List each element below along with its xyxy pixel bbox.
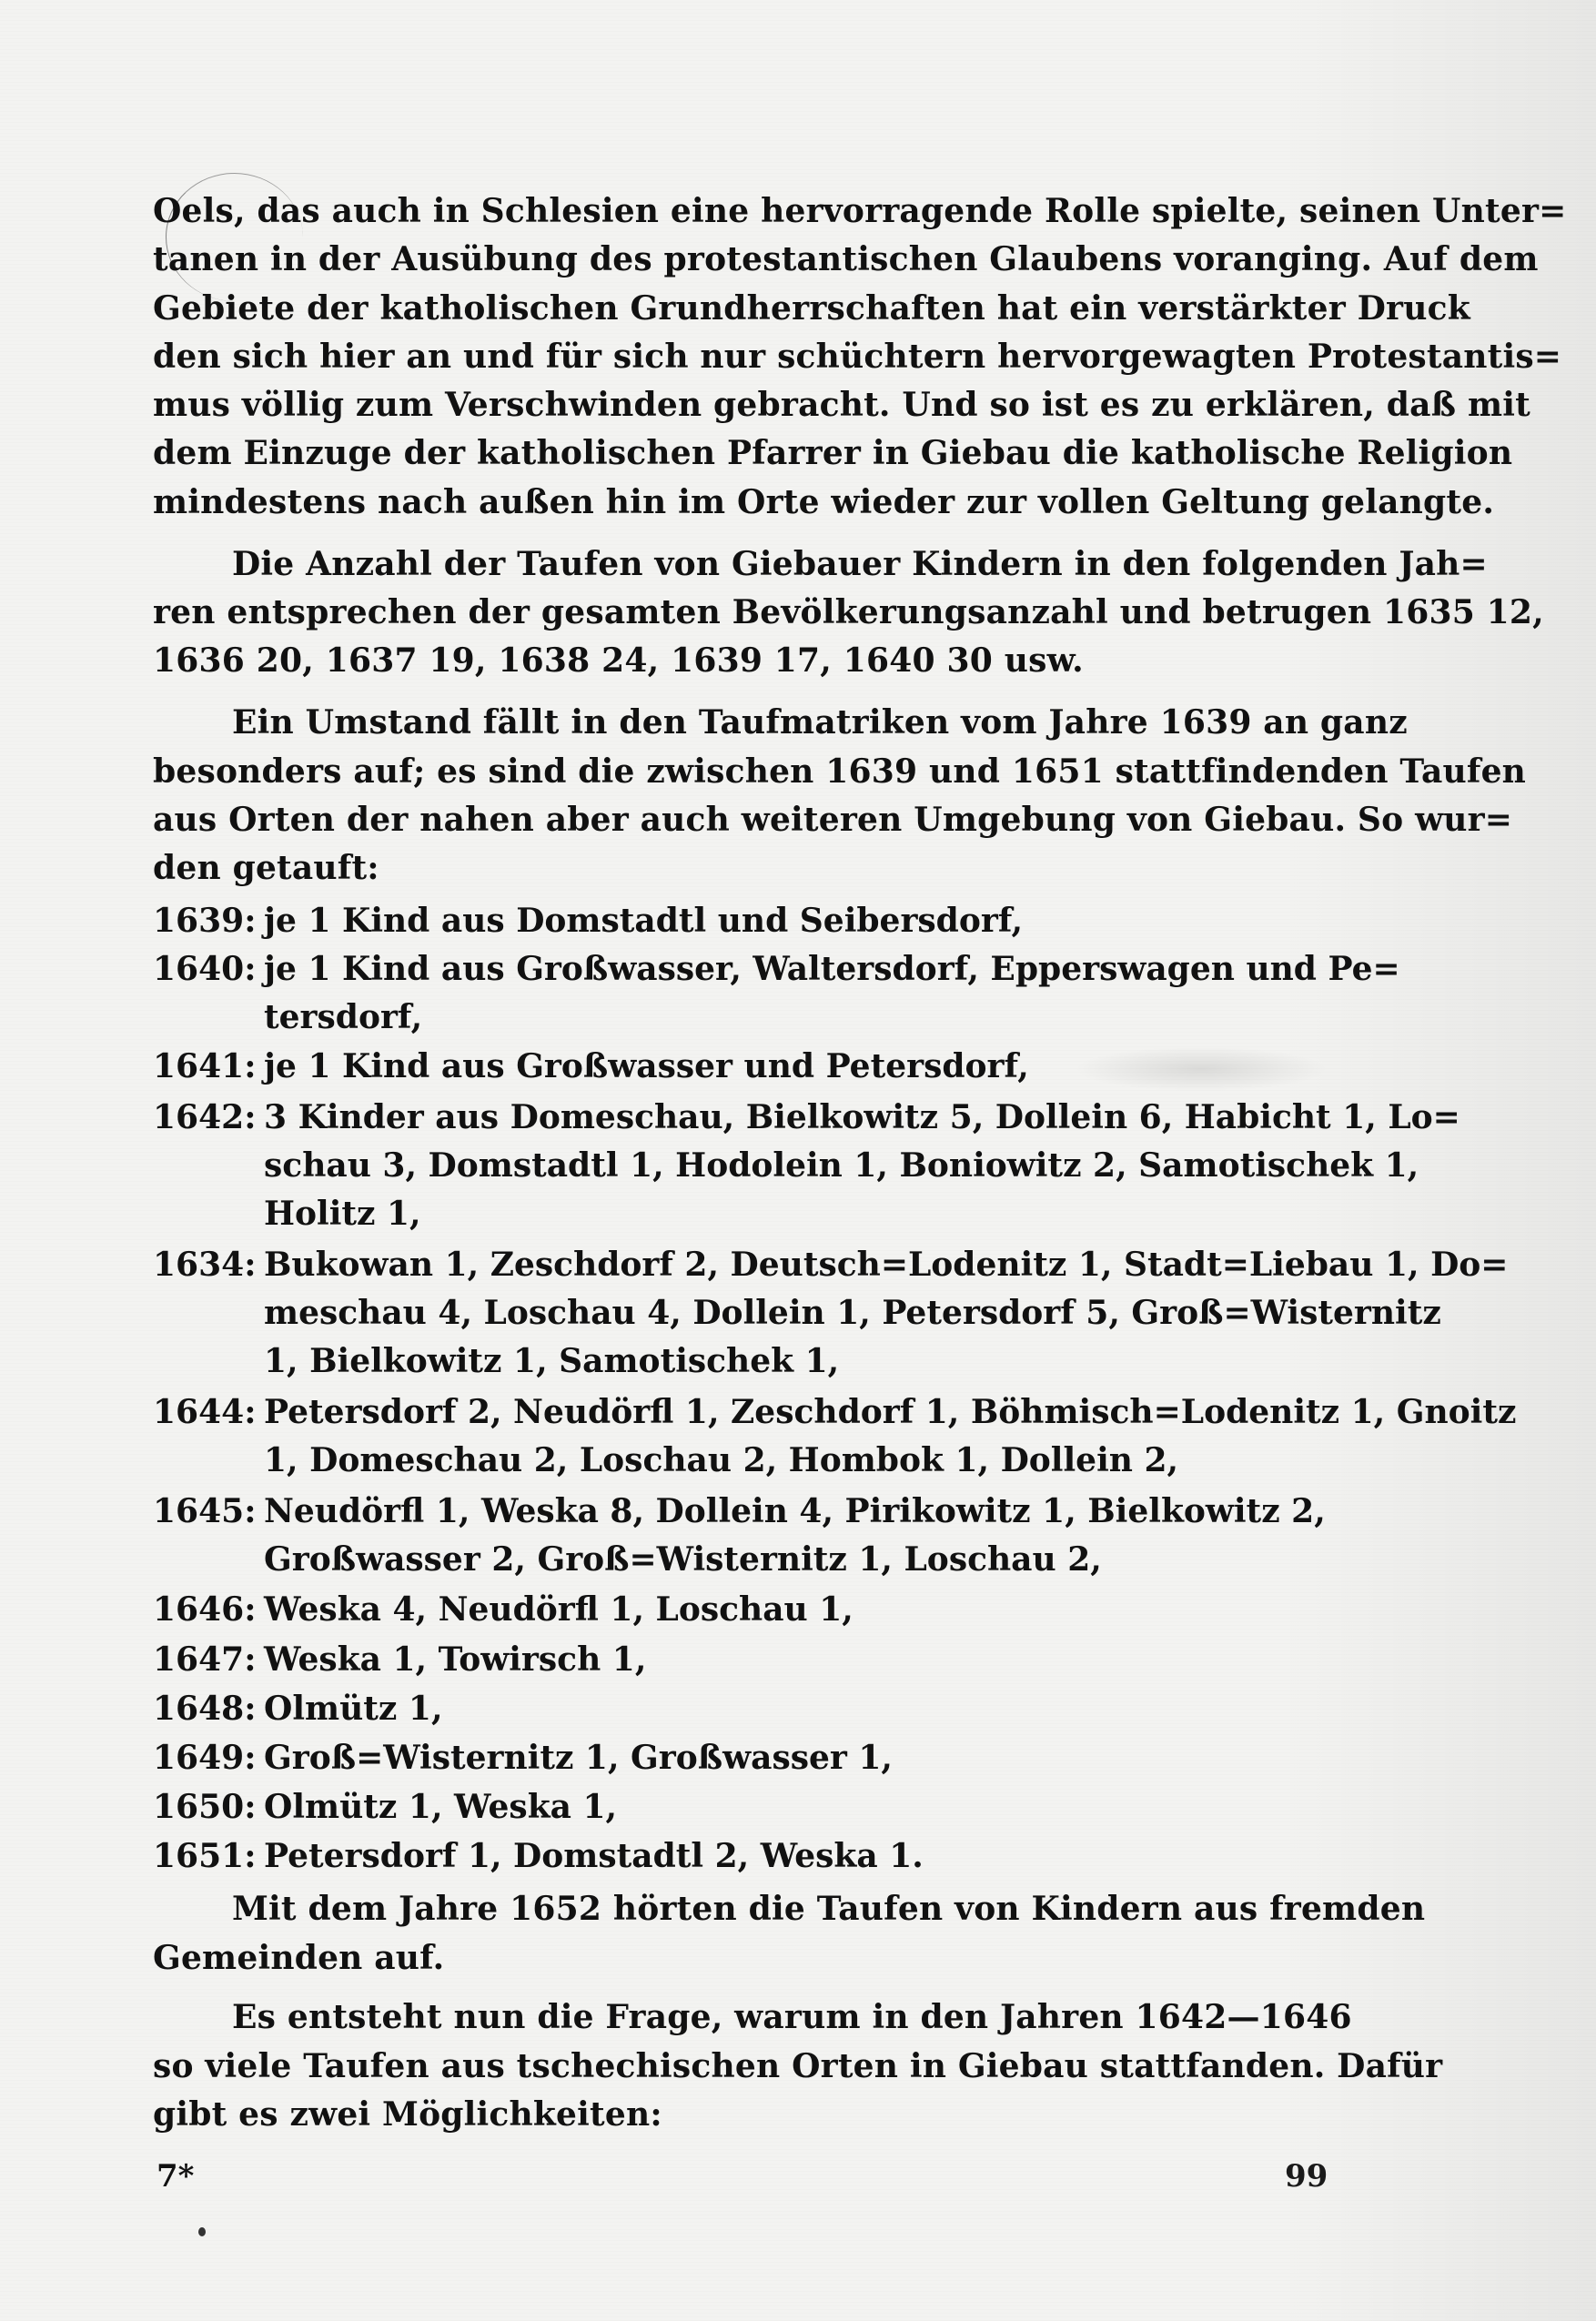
list-entry: schau 3, Domstadtl 1, Hodolein 1, Boniow… xyxy=(264,1142,1310,1189)
list-year: 1645: xyxy=(153,1488,262,1535)
list-entry: Petersdorf 1, Domstadtl 2, Weska 1. xyxy=(264,1832,1310,1880)
text-line: Oels, das auch in Schlesien eine hervorr… xyxy=(153,187,1310,235)
text-line: Die Anzahl der Taufen von Giebauer Kinde… xyxy=(232,540,1310,588)
list-year: 1640: xyxy=(153,945,262,993)
list-year: 1648: xyxy=(153,1685,262,1732)
text-line: Gemeinden auf. xyxy=(153,1934,1310,1982)
list-year: 1647: xyxy=(153,1636,262,1683)
text-line: den getauft: xyxy=(153,844,1310,892)
list-year: 1639: xyxy=(153,897,262,944)
text-line: tanen in der Ausübung des protestantisch… xyxy=(153,236,1310,283)
text-line: dem Einzuge der katholischen Pfarrer in … xyxy=(153,429,1310,477)
text-line: Mit dem Jahre 1652 hörten die Taufen von… xyxy=(232,1885,1310,1932)
list-year: 1641: xyxy=(153,1043,262,1090)
text-line: Es entsteht nun die Frage, warum in den … xyxy=(232,1993,1310,2041)
signature-mark: 7* xyxy=(157,2156,194,2196)
ink-speck xyxy=(198,2227,206,2236)
text-line: den sich hier an und für sich nur schüch… xyxy=(153,333,1310,380)
text-line: ren entsprechen der gesamten Bevölkerung… xyxy=(153,589,1310,636)
list-entry: je 1 Kind aus Domstadtl und Seibersdorf, xyxy=(264,897,1310,944)
text-line: aus Orten der nahen aber auch weiteren U… xyxy=(153,796,1310,843)
list-entry: Olmütz 1, Weska 1, xyxy=(264,1783,1310,1831)
list-year: 1634: xyxy=(153,1241,262,1288)
text-line: 1636 20, 1637 19, 1638 24, 1639 17, 1640… xyxy=(153,637,1310,684)
list-year: 1650: xyxy=(153,1783,262,1831)
text-line: besonders auf; es sind die zwischen 1639… xyxy=(153,748,1310,795)
list-entry: Weska 4, Neudörfl 1, Loschau 1, xyxy=(264,1586,1310,1633)
list-entry: Großwasser 2, Groß=Wisternitz 1, Loschau… xyxy=(264,1536,1310,1583)
list-year: 1646: xyxy=(153,1586,262,1633)
list-entry: 1, Bielkowitz 1, Samotischek 1, xyxy=(264,1337,1310,1385)
list-year: 1644: xyxy=(153,1388,262,1436)
text-line: Gebiete der katholischen Grundherrschaft… xyxy=(153,285,1310,332)
list-entry: Olmütz 1, xyxy=(264,1685,1310,1732)
text-line: gibt es zwei Möglichkeiten: xyxy=(153,2091,1310,2138)
list-year: 1642: xyxy=(153,1094,262,1141)
list-entry: 3 Kinder aus Domeschau, Bielkowitz 5, Do… xyxy=(264,1094,1310,1141)
list-entry: Bukowan 1, Zeschdorf 2, Deutsch=Lodenitz… xyxy=(264,1241,1310,1288)
list-year: 1651: xyxy=(153,1832,262,1880)
list-entry: Petersdorf 2, Neudörfl 1, Zeschdorf 1, B… xyxy=(264,1388,1310,1436)
text-line: mindestens nach außen hin im Orte wieder… xyxy=(153,479,1310,526)
text-line: mus völlig zum Verschwinden gebracht. Un… xyxy=(153,381,1310,429)
list-entry: tersdorf, xyxy=(264,994,1310,1041)
list-entry: je 1 Kind aus Großwasser und Petersdorf, xyxy=(264,1043,1310,1090)
list-year: 1649: xyxy=(153,1734,262,1781)
list-entry: 1, Domeschau 2, Loschau 2, Hombok 1, Dol… xyxy=(264,1437,1310,1484)
list-entry: Holitz 1, xyxy=(264,1190,1310,1237)
list-entry: meschau 4, Loschau 4, Dollein 1, Petersd… xyxy=(264,1289,1310,1337)
list-entry: Groß=Wisternitz 1, Großwasser 1, xyxy=(264,1734,1310,1781)
scanned-page: Oels, das auch in Schlesien eine hervorr… xyxy=(0,0,1596,2321)
text-line: Ein Umstand fällt in den Taufmatriken vo… xyxy=(232,699,1310,746)
list-entry: Weska 1, Towirsch 1, xyxy=(264,1636,1310,1683)
page-number: 99 xyxy=(1285,2156,1328,2196)
text-line: so viele Taufen aus tschechischen Orten … xyxy=(153,2043,1310,2090)
list-entry: Neudörfl 1, Weska 8, Dollein 4, Pirikowi… xyxy=(264,1488,1310,1535)
list-entry: je 1 Kind aus Großwasser, Waltersdorf, E… xyxy=(264,945,1310,993)
